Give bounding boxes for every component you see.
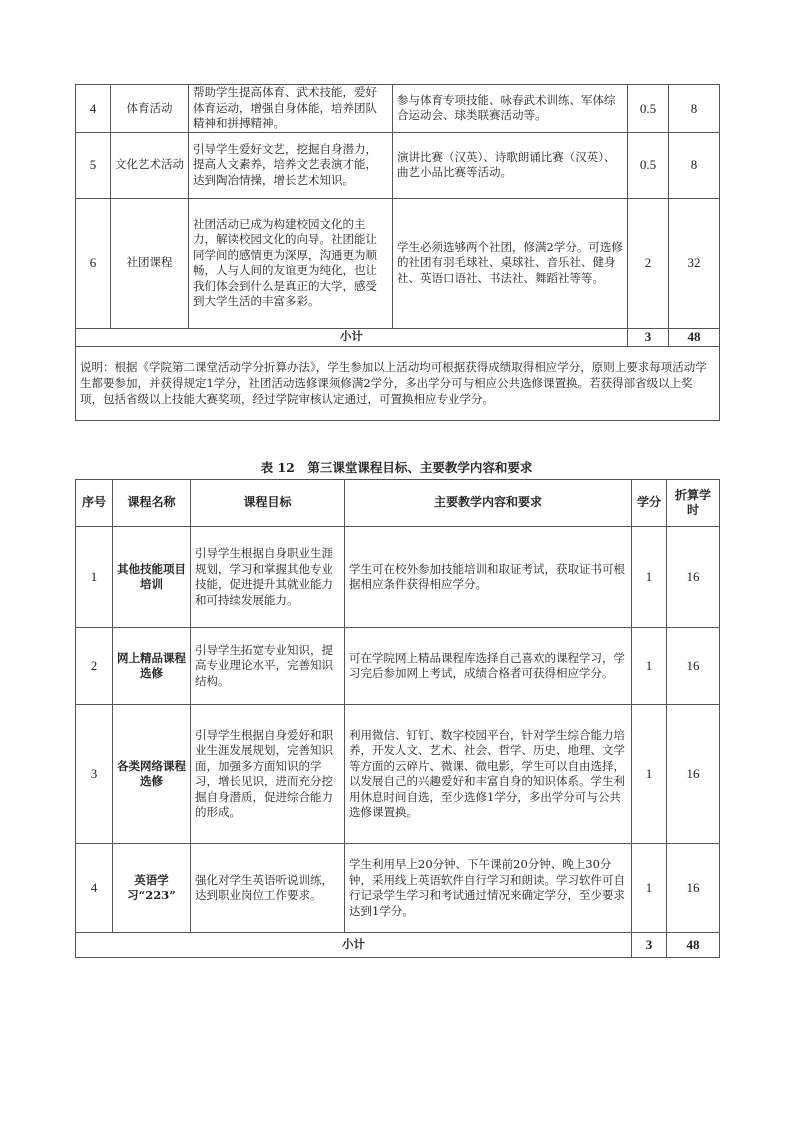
- row-number: 1: [76, 527, 113, 628]
- header-goal: 课程目标: [191, 480, 345, 527]
- note-row: 说明：根据《学院第二课堂活动学分折算办法》，学生参加以上活动均可根据获得成绩取得…: [76, 346, 720, 420]
- course-hours: 8: [669, 132, 720, 198]
- course-goal: 引导学生爱好文艺，挖掘自身潜力，提高人文素养，培养文艺表演才能，达到陶冶情操，增…: [189, 132, 393, 198]
- course-goal: 引导学生拓宽专业知识，提高专业理论水平，完善知识结构。: [191, 628, 345, 705]
- course-hours: 32: [669, 198, 720, 328]
- header-content: 主要教学内容和要求: [345, 480, 632, 527]
- course-name: 网上精品课程选修: [113, 628, 191, 705]
- course-credit: 0.5: [628, 132, 669, 198]
- course-hours: 16: [667, 844, 720, 933]
- row-number: 3: [76, 705, 113, 844]
- subtotal-hours: 48: [667, 933, 720, 958]
- course-hours: 16: [667, 705, 720, 844]
- row-number: 4: [76, 844, 113, 933]
- course-name: 各类网络课程选修: [113, 705, 191, 844]
- subtotal-label: 小计: [76, 933, 632, 958]
- course-hours: 16: [667, 628, 720, 705]
- course-name: 体育活动: [111, 85, 189, 133]
- course-name: 社团课程: [111, 198, 189, 328]
- course-content: 学生必须选够两个社团，修满2学分。可选修的社团有羽毛球社、桌球社、音乐社、健身社…: [393, 198, 628, 328]
- subtotal-label: 小计: [76, 328, 628, 346]
- row-number: 2: [76, 628, 113, 705]
- header-name: 课程名称: [113, 480, 191, 527]
- subtotal-credit: 3: [632, 933, 667, 958]
- course-credit: 1: [632, 844, 667, 933]
- course-goal: 强化对学生英语听说训练，达到职业岗位工作要求。: [191, 844, 345, 933]
- course-content: 学生可在校外参加技能培训和取证考试，获取证书可根据相应条件获得相应学分。: [345, 527, 632, 628]
- course-content: 参与体育专项技能、咏春武术训练、军体综合运动会、球类联赛活动等。: [393, 85, 628, 133]
- table-row: 1 其他技能项目培训 引导学生根据自身职业生涯规划，学习和掌握其他专业技能，促进…: [76, 527, 720, 628]
- table-row: 4 体育活动 帮助学生提高体育、武术技能，爱好体育运动，增强自身体能，培养团队精…: [76, 85, 720, 133]
- subtotal-row: 小计 3 48: [76, 328, 720, 346]
- table-caption: 表 12 第三课堂课程目标、主要教学内容和要求: [0, 458, 793, 476]
- course-goal: 引导学生根据自身爱好和职业生涯发展规划，完善知识面，加强多方面知识的学习，增长见…: [191, 705, 345, 844]
- row-number: 5: [76, 132, 111, 198]
- header-credit: 学分: [632, 480, 667, 527]
- course-credit: 1: [632, 628, 667, 705]
- course-goal: 帮助学生提高体育、武术技能，爱好体育运动，增强自身体能，培养团队精神和拼搏精神。: [189, 85, 393, 133]
- course-content: 利用微信、钉钉、数字校园平台，针对学生综合能力培养，开发人文、艺术、社会、哲学、…: [345, 705, 632, 844]
- table-row: 4 英语学习“223” 强化对学生英语听说训练，达到职业岗位工作要求。 学生利用…: [76, 844, 720, 933]
- course-hours: 16: [667, 527, 720, 628]
- course-credit: 2: [628, 198, 669, 328]
- subtotal-row: 小计 3 48: [76, 933, 720, 958]
- third-classroom-table: 序号 课程名称 课程目标 主要教学内容和要求 学分 折算学时 1 其他技能项目培…: [75, 479, 720, 958]
- course-hours: 8: [669, 85, 720, 133]
- table-row: 5 文化艺术活动 引导学生爱好文艺，挖掘自身潜力，提高人文素养，培养文艺表演才能…: [76, 132, 720, 198]
- course-goal: 引导学生根据自身职业生涯规划，学习和掌握其他专业技能，促进提升其就业能力和可持续…: [191, 527, 345, 628]
- course-content: 学生利用早上20分钟、下午课前20分钟、晚上30分钟，采用线上英语软件自行学习和…: [345, 844, 632, 933]
- table-row: 2 网上精品课程选修 引导学生拓宽专业知识，提高专业理论水平，完善知识结构。 可…: [76, 628, 720, 705]
- subtotal-hours: 48: [669, 328, 720, 346]
- course-credit: 1: [632, 705, 667, 844]
- header-hours: 折算学时: [667, 480, 720, 527]
- table-row: 3 各类网络课程选修 引导学生根据自身爱好和职业生涯发展规划，完善知识面，加强多…: [76, 705, 720, 844]
- course-name: 其他技能项目培训: [113, 527, 191, 628]
- course-name: 英语学习“223”: [113, 844, 191, 933]
- subtotal-credit: 3: [628, 328, 669, 346]
- course-goal: 社团活动已成为构建校园文化的主力，解读校园文化的向导。社团能让同学间的感情更为深…: [189, 198, 393, 328]
- table-note: 说明：根据《学院第二课堂活动学分折算办法》，学生参加以上活动均可根据获得成绩取得…: [76, 346, 720, 420]
- row-number: 4: [76, 85, 111, 133]
- header-no: 序号: [76, 480, 113, 527]
- course-content: 演讲比赛（汉英）、诗歌朗诵比赛（汉英）、曲艺小品比赛等活动。: [393, 132, 628, 198]
- course-credit: 0.5: [628, 85, 669, 133]
- course-name: 文化艺术活动: [111, 132, 189, 198]
- header-row: 序号 课程名称 课程目标 主要教学内容和要求 学分 折算学时: [76, 480, 720, 527]
- course-credit: 1: [632, 527, 667, 628]
- second-classroom-table: 4 体育活动 帮助学生提高体育、武术技能，爱好体育运动，增强自身体能，培养团队精…: [75, 84, 720, 421]
- row-number: 6: [76, 198, 111, 328]
- course-content: 可在学院网上精品课程库选择自己喜欢的课程学习，学习完后参加网上考试，成绩合格者可…: [345, 628, 632, 705]
- table-row: 6 社团课程 社团活动已成为构建校园文化的主力，解读校园文化的向导。社团能让同学…: [76, 198, 720, 328]
